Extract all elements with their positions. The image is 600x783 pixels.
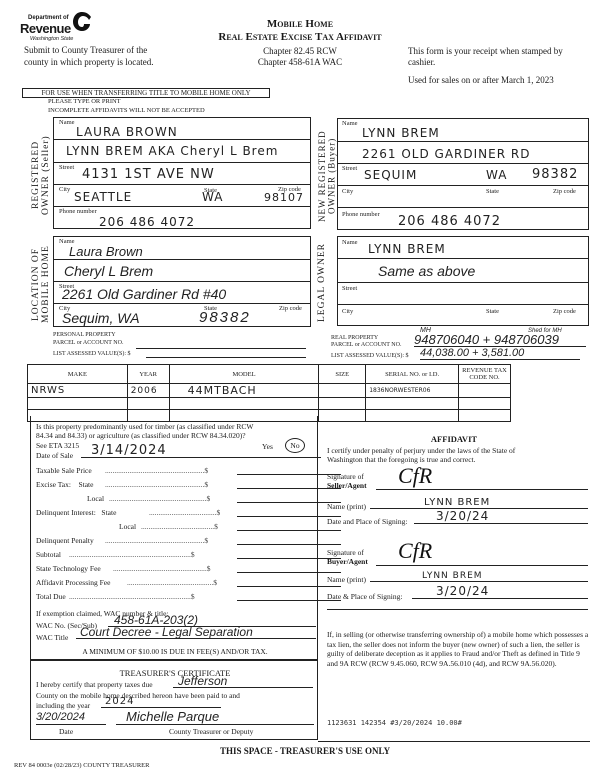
submit-text-2: county in which property is located.	[24, 57, 153, 67]
treasurer-use-divider	[318, 741, 590, 742]
location-city-row[interactable]: City Sequim, WA State 98382 Zip code	[54, 304, 310, 327]
legal-owner-box: Name LYNN BREM Same as above Street City…	[337, 236, 589, 326]
delinquent-interest-local-input[interactable]	[237, 522, 341, 531]
buyer-address[interactable]: 2261 OLD GARDINER RD	[362, 147, 530, 161]
model-cell[interactable]	[169, 398, 319, 410]
delinquent-penalty-input[interactable]	[237, 536, 341, 545]
chapter-wac: Chapter 458-61A WAC	[200, 57, 400, 67]
location-box: Name Laura Brown Cheryl L Brem Street 22…	[53, 236, 311, 327]
buyer-name[interactable]: LYNN BREM	[362, 126, 440, 140]
serial-cell[interactable]	[366, 398, 459, 410]
county-input[interactable]: Jefferson	[173, 676, 313, 688]
seller-signature[interactable]: CfR	[376, 464, 588, 490]
mobile-home-table: MAKE YEAR MODEL SIZE SERIAL NO. or I.D. …	[27, 364, 511, 422]
location-section-label: LOCATION OF MOBILE HOME	[32, 238, 54, 330]
logo-line-3: Washington State	[30, 36, 73, 42]
location-name-2[interactable]: Cheryl L Brem	[64, 263, 153, 279]
delinquent-interest-state-input[interactable]	[237, 508, 341, 517]
col-model: MODEL	[169, 365, 319, 384]
seller-name-row[interactable]: Name LAURA BROWN	[54, 118, 310, 140]
taxable-sale-price-input[interactable]	[237, 466, 341, 475]
revenue-code-cell[interactable]	[459, 398, 511, 410]
buyer-phone-row[interactable]: Phone number 206 486 4072	[338, 208, 588, 230]
seller-name-1[interactable]: LAURA BROWN	[76, 125, 178, 139]
dot-leader: ........................................…	[105, 480, 208, 489]
seller-printed-name[interactable]: LYNN BREM	[370, 497, 588, 509]
buyer-phone[interactable]: 206 486 4072	[398, 214, 501, 229]
col-serial: SERIAL NO. or I.D.	[366, 365, 459, 384]
location-zip[interactable]: 98382	[199, 309, 251, 326]
dot-leader: .......................................$	[141, 522, 218, 531]
treasurer-date-input[interactable]: 3/20/2024	[36, 711, 106, 725]
personal-property-assessed-input[interactable]	[146, 350, 306, 358]
real-property-assessed-input[interactable]: 44,038.00 + 3,581.00	[420, 347, 580, 360]
buyer-printed-name[interactable]: LYNN BREM	[370, 571, 588, 582]
treasurer-signature[interactable]: Michelle Parque	[116, 710, 314, 725]
real-property-parcel-input[interactable]: 948706040 + 948706039	[414, 333, 586, 347]
make-cell[interactable]	[28, 398, 128, 410]
legal-owner-section-label: LEGAL OWNER	[318, 240, 336, 326]
buyer-city[interactable]: SEQUIM	[364, 168, 417, 182]
seller-phone-row[interactable]: Phone number 206 486 4072	[54, 207, 310, 229]
seller-city[interactable]: SEATTLE	[74, 190, 132, 204]
dot-leader: ........................................…	[113, 564, 211, 573]
form-title-1: Mobile Home	[200, 18, 400, 30]
col-year: YEAR	[127, 365, 169, 384]
dot-leader: ....................................$	[149, 508, 220, 517]
seller-street[interactable]: 4131 1ST AVE NW	[82, 167, 215, 182]
location-name-1[interactable]: Laura Brown	[69, 244, 143, 259]
seller-state[interactable]: WA	[202, 190, 223, 204]
affidavit-title: AFFIDAVIT	[320, 434, 588, 444]
buyer-state[interactable]: WA	[486, 168, 507, 182]
receipt-text-1: This form is your receipt when stamped b…	[408, 46, 563, 56]
seller-section-label: REGISTERED OWNER (Seller)	[32, 120, 54, 230]
table-row	[28, 398, 511, 410]
dot-leader: ........................................…	[105, 466, 208, 475]
receipt-text-2: cashier.	[408, 57, 435, 67]
buyer-address-row[interactable]: 2261 OLD GARDINER RD	[338, 142, 588, 164]
buyer-zip[interactable]: 98382	[532, 167, 578, 182]
seller-name-2[interactable]: LYNN BREM AKA Cheryl L Brem	[66, 144, 278, 158]
submit-text-1: Submit to County Treasurer of the	[24, 45, 147, 55]
used-for-text: Used for sales on or after March 1, 2023	[408, 75, 554, 85]
dor-swirl-logo-icon	[72, 10, 92, 32]
tax-lien-notice: If, in selling (or otherwise transferrin…	[327, 630, 589, 668]
dot-leader: ........................................…	[109, 494, 210, 503]
chapter-rcw: Chapter 82.45 RCW	[200, 46, 400, 56]
serial-cell[interactable]: 1836NORWESTER06	[366, 384, 459, 398]
col-make: MAKE	[28, 365, 128, 384]
seller-phone[interactable]: 206 486 4072	[99, 215, 195, 229]
affidavit-divider	[327, 609, 588, 610]
col-revenue-tax-code: REVENUE TAX CODE NO.	[459, 365, 511, 384]
year-cell[interactable]	[127, 398, 169, 410]
treasurer-use-only-label: THIS SPACE - TREASURER'S USE ONLY	[220, 746, 390, 756]
dot-leader: ........................................…	[127, 578, 217, 587]
dor-logo: Department of Revenue Washington State	[18, 9, 88, 43]
affidavit-processing-fee-input[interactable]	[237, 578, 341, 587]
personal-property-parcel-input[interactable]	[136, 341, 306, 349]
seller-date-place-input[interactable]: 3/20/24	[414, 510, 588, 524]
location-street-row[interactable]: Street 2261 Old Gardiner Rd #40	[54, 282, 310, 304]
legal-owner-name-row-2[interactable]: Same as above	[338, 259, 588, 283]
form-id: REV 84 0003e (02/28/23) COUNTY TREASURER	[14, 762, 149, 769]
transfer-banner: FOR USE WHEN TRANSFERRING TITLE TO MOBIL…	[22, 88, 270, 98]
legal-owner-street-row[interactable]: Street	[338, 283, 588, 305]
buyer-signature[interactable]: CfR	[376, 538, 588, 566]
minimum-due-notice: A MINIMUM OF $10.00 IS DUE IN FEE(S) AND…	[31, 647, 319, 656]
date-of-sale-input[interactable]: 3/14/2024	[81, 444, 321, 458]
incomplete-notice: INCOMPLETE AFFIDAVITS WILL NOT BE ACCEPT…	[48, 107, 205, 114]
table-header-row: MAKE YEAR MODEL SIZE SERIAL NO. or I.D. …	[28, 365, 511, 384]
serial-cell[interactable]	[366, 410, 459, 422]
dot-leader: ........................................…	[105, 536, 208, 545]
dot-leader: ........................................…	[69, 550, 195, 559]
year-cell[interactable]: 2006	[127, 384, 169, 398]
location-name-row-2[interactable]: Cheryl L Brem	[54, 260, 310, 282]
seller-city-row[interactable]: City SEATTLE State WA Zip code 98107	[54, 185, 310, 207]
legal-owner-same-as-above[interactable]: Same as above	[378, 263, 475, 279]
col-size: SIZE	[319, 365, 366, 384]
seller-street-row[interactable]: Street 4131 1ST AVE NW	[54, 163, 310, 185]
buyer-street-row[interactable]: Street SEQUIM WA 98382	[338, 164, 588, 186]
excise-local-input[interactable]	[237, 494, 341, 503]
seller-name-row-2[interactable]: LYNN BREM AKA Cheryl L Brem	[54, 140, 310, 163]
size-cell[interactable]	[319, 398, 366, 410]
seller-box: Name LAURA BROWN LYNN BREM AKA Cheryl L …	[53, 117, 311, 229]
location-city[interactable]: Sequim, WA	[62, 310, 140, 326]
model-cell[interactable]: 44MTBACH	[169, 384, 319, 398]
seller-zip[interactable]: 98107	[264, 191, 304, 204]
size-cell[interactable]	[319, 410, 366, 422]
type-print-notice: PLEASE TYPE OR PRINT	[48, 98, 121, 105]
buyer-name-row[interactable]: Name LYNN BREM	[338, 119, 588, 142]
revenue-code-cell[interactable]	[459, 384, 511, 398]
make-cell[interactable]: NRWS	[28, 384, 128, 398]
cashier-stamp: 1123631 142354 #3/20/2024 10.00#	[327, 719, 462, 727]
location-street[interactable]: 2261 Old Gardiner Rd #40	[62, 286, 226, 302]
location-name-row[interactable]: Name Laura Brown	[54, 237, 310, 260]
state-technology-fee-input[interactable]	[237, 564, 341, 573]
subtotal-input[interactable]	[237, 550, 341, 559]
excise-state-input[interactable]	[237, 480, 341, 489]
buyer-box: Name LYNN BREM 2261 OLD GARDINER RD Stre…	[337, 118, 589, 230]
logo-line-2: Revenue	[20, 21, 71, 36]
revenue-code-cell[interactable]	[459, 410, 511, 422]
table-row: NRWS 2006 44MTBACH 1836NORWESTER06	[28, 384, 511, 398]
buyer-city-row: City State Zip code	[338, 186, 588, 208]
wac-title-input[interactable]: Court Decree - Legal Separation	[76, 626, 316, 639]
tax-section: Is this property predominantly used for …	[30, 416, 318, 660]
dot-leader: ........................................…	[69, 592, 195, 601]
form-title-2: Real Estate Excise Tax Affidavit	[180, 31, 420, 43]
treasurer-certificate: TREASURER'S CERTIFICATE I hereby certify…	[30, 660, 318, 740]
buyer-date-place-input[interactable]: 3/20/24	[412, 585, 588, 599]
size-cell[interactable]	[319, 384, 366, 398]
legal-owner-name-row[interactable]: Name LYNN BREM	[338, 237, 588, 259]
legal-owner-city-row[interactable]: City State Zip code	[338, 305, 588, 327]
tax-year-input[interactable]: 2024	[101, 697, 221, 708]
total-due-input[interactable]	[237, 592, 341, 601]
legal-owner-name[interactable]: LYNN BREM	[368, 242, 446, 256]
